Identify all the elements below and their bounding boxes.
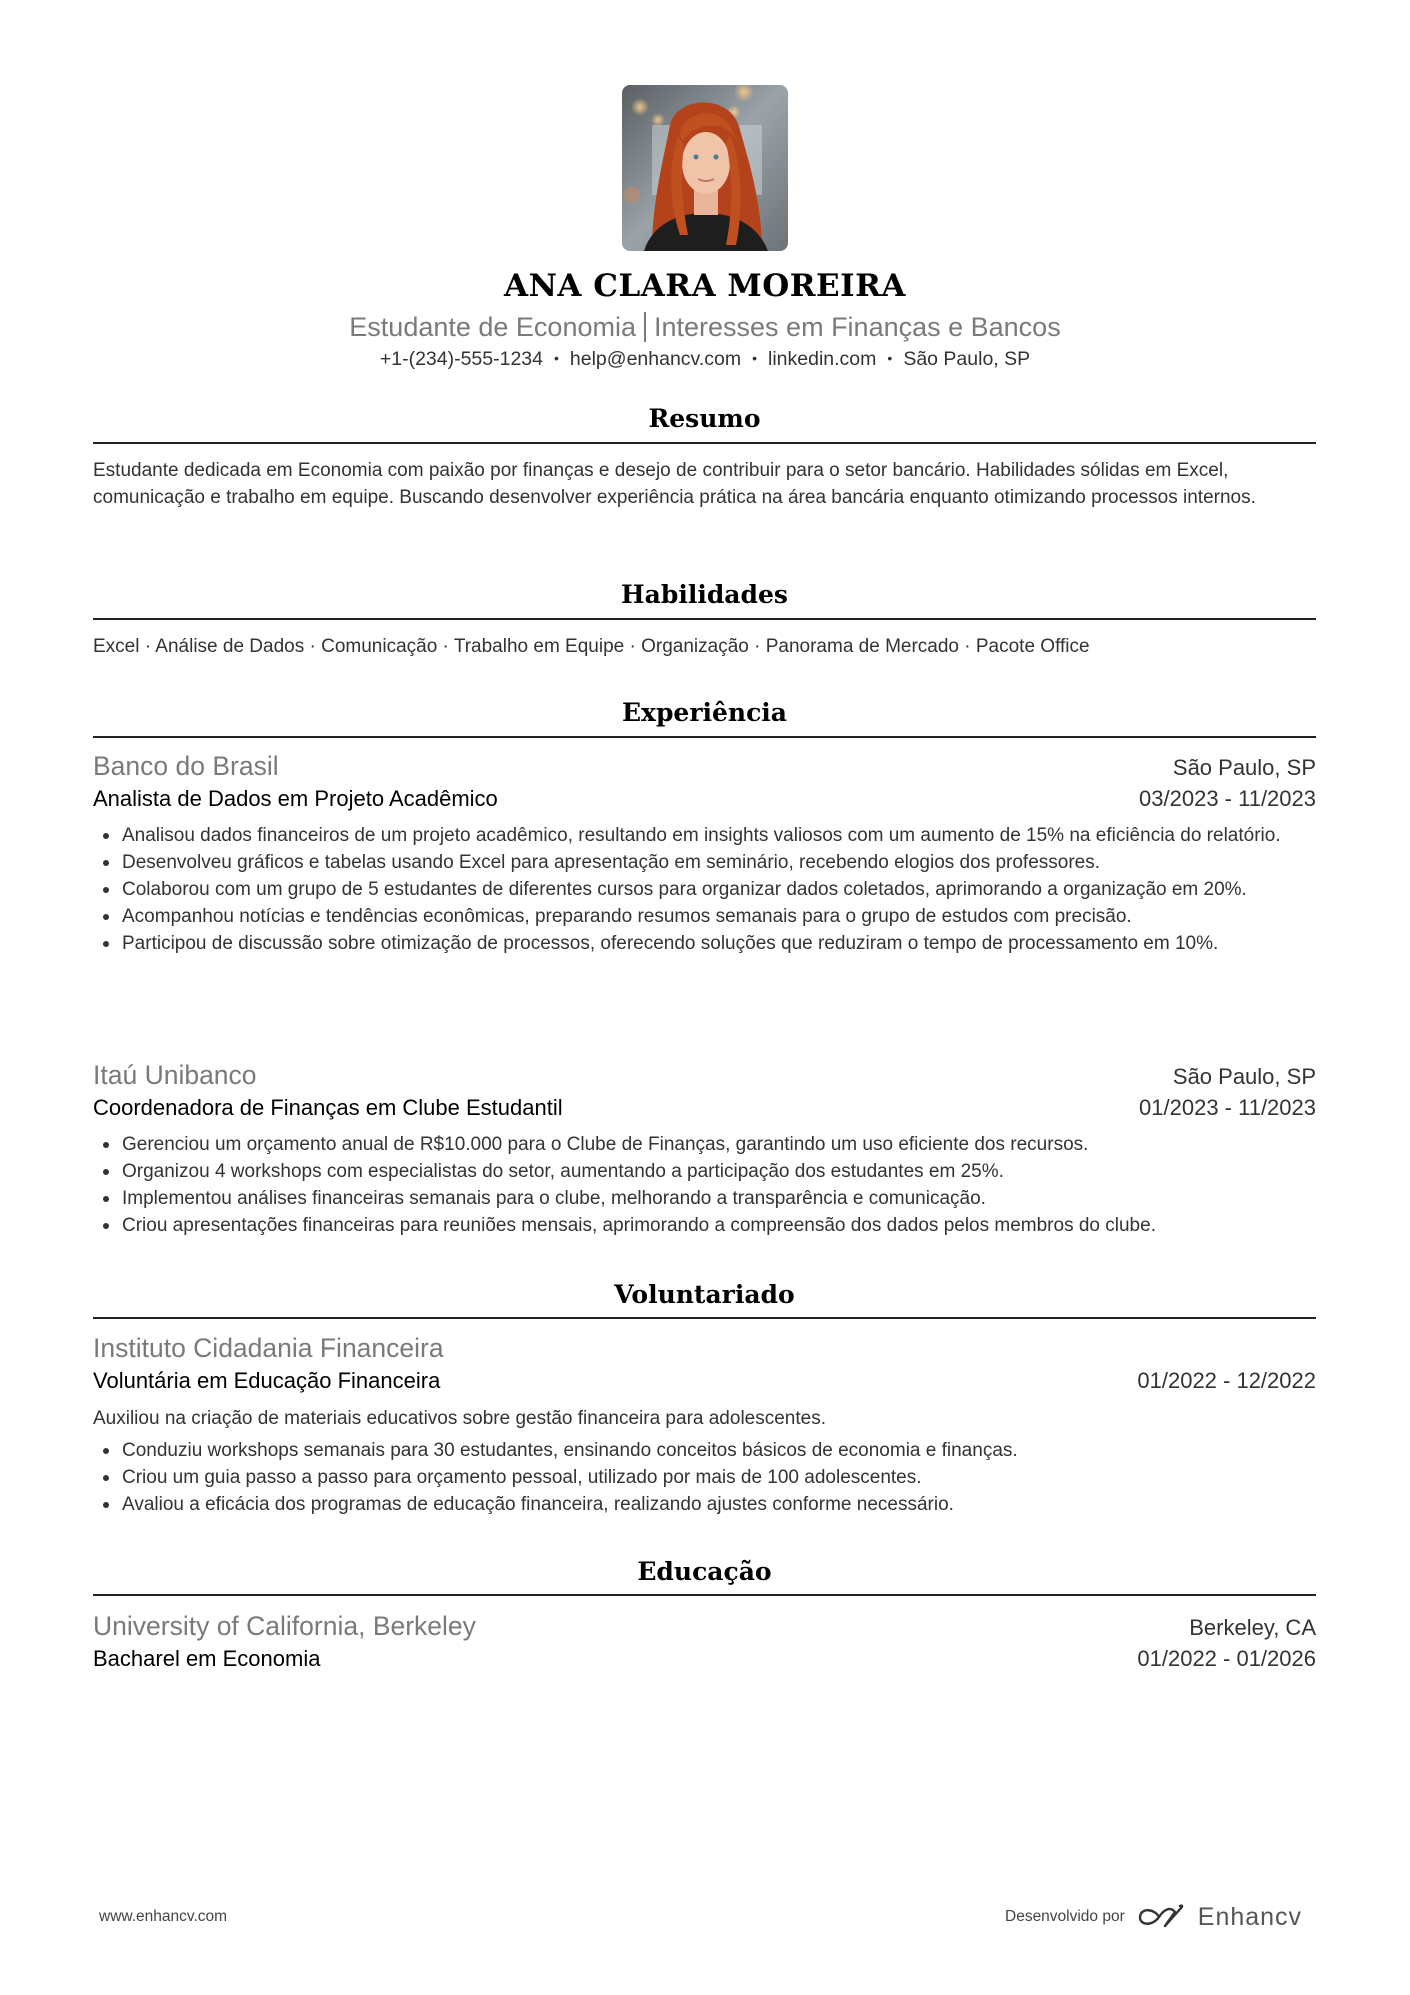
candidate-name: ANA CLARA MOREIRA: [0, 266, 1410, 306]
achievement-item: Participou de discussão sobre otimização…: [93, 930, 1316, 957]
organization-name: Instituto Cidadania Financeira: [93, 1331, 444, 1365]
headline-left: Estudante de Economia: [349, 312, 636, 342]
section-title-skills: Habilidades: [93, 578, 1316, 612]
headline-right: Interesses em Finanças e Bancos: [654, 312, 1061, 342]
contact-location: São Paulo, SP: [903, 348, 1030, 370]
section-title-experience: Experiência: [93, 696, 1316, 730]
company-name: Banco do Brasil: [93, 749, 279, 783]
section-divider: [93, 1594, 1316, 1596]
section-title-summary: Resumo: [93, 402, 1316, 436]
contact-info: +1-(234)-555-1234•help@enhancv.com•linke…: [0, 344, 1410, 373]
summary-text: Estudante dedicada em Economia com paixã…: [93, 457, 1316, 511]
section-divider: [93, 736, 1316, 738]
powered-by-label: Desenvolvido por: [1005, 1908, 1125, 1926]
volunteer-role: Voluntária em Educação Financeira: [93, 1365, 440, 1397]
achievement-item: Implementou análises financeiras semanai…: [93, 1185, 1316, 1212]
footer-website-link[interactable]: www.enhancv.com: [99, 1907, 227, 1927]
headline: Estudante de EconomiaInteresses em Finan…: [0, 309, 1410, 345]
section-title-education: Educação: [93, 1555, 1316, 1589]
volunteer-dates: 01/2022 - 12/2022: [1137, 1365, 1316, 1397]
job-title: Coordenadora de Finanças em Clube Estuda…: [93, 1092, 563, 1124]
portrait-image: [622, 85, 788, 251]
achievement-item: Acompanhou notícias e tendências econômi…: [93, 903, 1316, 930]
achievement-item: Avaliou a eficácia dos programas de educ…: [93, 1491, 1316, 1518]
section-title-volunteering: Voluntariado: [93, 1278, 1316, 1312]
education-dates: 01/2022 - 01/2026: [1137, 1643, 1316, 1675]
contact-email[interactable]: help@enhancv.com: [570, 348, 741, 370]
volunteer-description: Auxiliou na criação de materiais educati…: [93, 1405, 1316, 1432]
job-dates: 03/2023 - 11/2023: [1139, 783, 1316, 815]
contact-phone[interactable]: +1-(234)-555-1234: [380, 348, 543, 370]
school-location: Berkeley, CA: [1189, 1611, 1316, 1645]
achievement-item: Desenvolveu gráficos e tabelas usando Ex…: [93, 849, 1316, 876]
achievement-item: Conduziu workshops semanais para 30 estu…: [93, 1437, 1316, 1464]
achievement-item: Organizou 4 workshops com especialistas …: [93, 1158, 1316, 1185]
company-name: Itaú Unibanco: [93, 1058, 257, 1092]
enhancv-brand: Enhancv: [1198, 1903, 1302, 1932]
bullet-separator: •: [752, 350, 757, 366]
job-location: São Paulo, SP: [1173, 1060, 1316, 1094]
achievement-list: Analisou dados financeiros de um projeto…: [93, 822, 1316, 957]
bullet-separator: •: [554, 350, 559, 366]
school-name: University of California, Berkeley: [93, 1609, 476, 1643]
enhancv-logo-icon: [1137, 1904, 1185, 1930]
achievement-list: Conduziu workshops semanais para 30 estu…: [93, 1437, 1316, 1518]
footer-branding[interactable]: Desenvolvido por Enhancv: [1005, 1900, 1302, 1934]
skills-list: Excel · Análise de Dados · Comunicação ·…: [93, 633, 1316, 660]
section-divider: [93, 618, 1316, 620]
job-location: São Paulo, SP: [1173, 751, 1316, 785]
achievement-item: Analisou dados financeiros de um projeto…: [93, 822, 1316, 849]
achievement-list: Gerenciou um orçamento anual de R$10.000…: [93, 1131, 1316, 1239]
job-title: Analista de Dados em Projeto Acadêmico: [93, 783, 498, 815]
job-dates: 01/2023 - 11/2023: [1139, 1092, 1316, 1124]
section-divider: [93, 442, 1316, 444]
profile-photo: [622, 85, 788, 251]
achievement-item: Colaborou com um grupo de 5 estudantes d…: [93, 876, 1316, 903]
achievement-item: Gerenciou um orçamento anual de R$10.000…: [93, 1131, 1316, 1158]
achievement-item: Criou apresentações financeiras para reu…: [93, 1212, 1316, 1239]
resume-page: ANA CLARA MOREIRA Estudante de EconomiaI…: [0, 0, 1410, 1995]
bullet-separator: •: [887, 350, 892, 366]
contact-linkedin[interactable]: linkedin.com: [768, 348, 876, 370]
headline-divider: [644, 312, 646, 342]
degree: Bacharel em Economia: [93, 1643, 320, 1675]
section-divider: [93, 1317, 1316, 1319]
achievement-item: Criou um guia passo a passo para orçamen…: [93, 1464, 1316, 1491]
